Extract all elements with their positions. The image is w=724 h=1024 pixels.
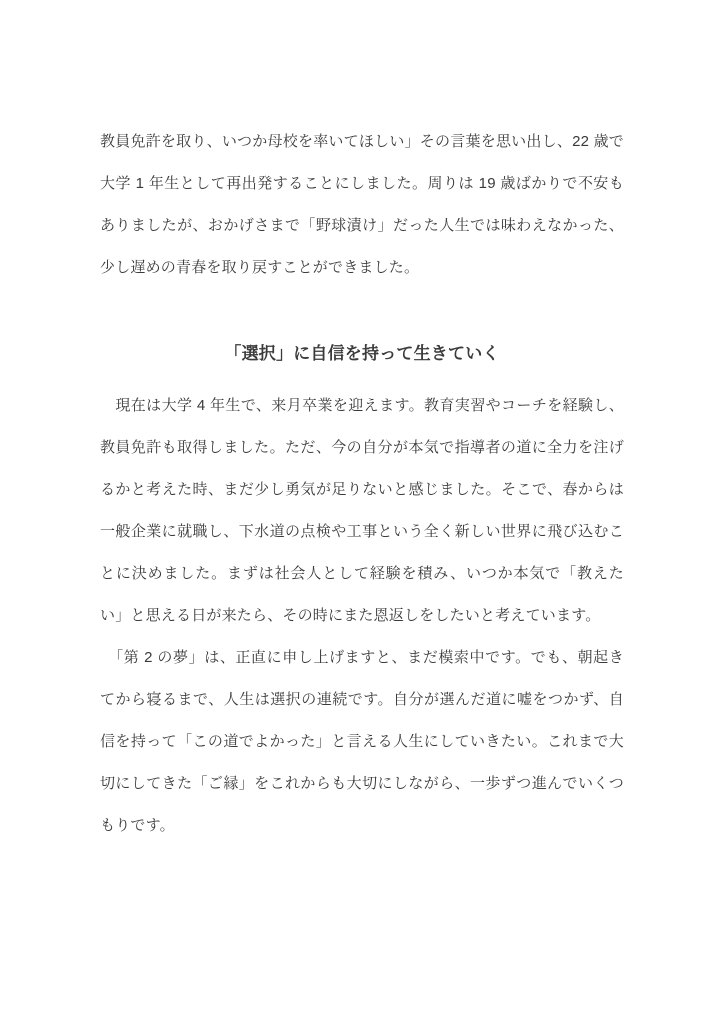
body-paragraph-3: 「第 2 の夢」は、正直に申し上げますと、まだ模索中です。でも、朝起きてから寝る… xyxy=(100,637,624,847)
document-page: 教員免許を取り、いつか母校を率いてほしい」その言葉を思い出し、22 歳で大学 1… xyxy=(0,0,724,1024)
body-paragraph-1: 教員免許を取り、いつか母校を率いてほしい」その言葉を思い出し、22 歳で大学 1… xyxy=(100,121,624,289)
document-text-block: 教員免許を取り、いつか母校を率いてほしい」その言葉を思い出し、22 歳で大学 1… xyxy=(100,0,624,847)
body-paragraph-2: 現在は大学 4 年生で、来月卒業を迎えます。教育実習やコーチを経験し、教員免許も… xyxy=(100,385,624,637)
section-heading: 「選択」に自信を持って生きていく xyxy=(100,333,624,375)
